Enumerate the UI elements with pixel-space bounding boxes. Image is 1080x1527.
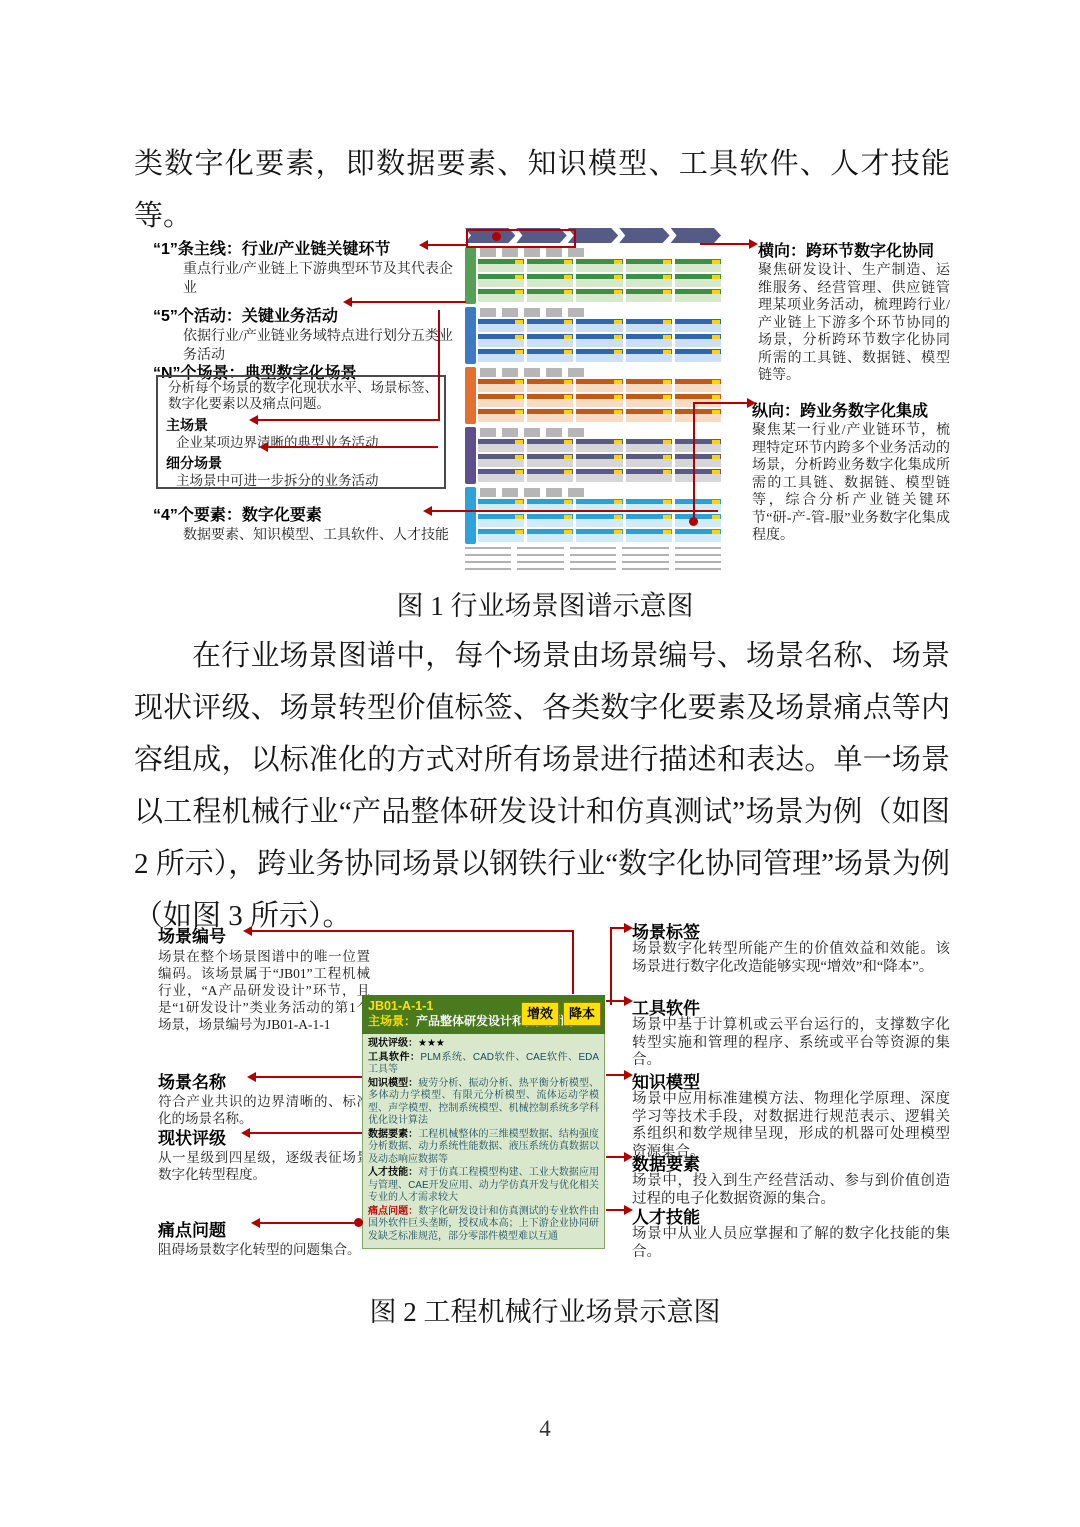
fig1-scene-mini-card <box>478 379 524 392</box>
fig1-scene-mini-card <box>478 394 524 407</box>
fig2-arrow-scene-name <box>247 1072 256 1082</box>
fig1-scene-mini-card <box>626 289 672 302</box>
fig1-scene-mini-card <box>527 469 573 482</box>
fig2-label-scene-id-title: 场景编号 <box>158 922 226 947</box>
fig2-caption: 图 2 工程机械行业场景示意图 <box>140 1290 950 1329</box>
fig1-group-header-text <box>480 248 590 257</box>
fig1-scene-mini-card <box>576 349 622 362</box>
fig1-scene-mini-card <box>675 409 721 422</box>
fig1-scene-mini-card <box>478 409 524 422</box>
fig1-scene-mini-card <box>527 439 573 452</box>
fig1-scene-mini-card <box>626 409 672 422</box>
fig1-scene-mini-card <box>478 469 524 482</box>
page-number: 4 <box>140 1416 950 1442</box>
fig1-label-vertical-desc: 聚焦某一行业/产业链环节，梳理特定环节内跨多个业务活动的场景，分析跨业务数字化集… <box>752 422 950 545</box>
fig2-label-pain-title: 痛点问题 <box>158 1216 226 1241</box>
fig1-group-5-cyan <box>465 487 721 544</box>
fig1-scene-mini-card <box>576 259 622 272</box>
fig2-label-data-title: 数据要素 <box>632 1150 700 1175</box>
fig2-connector-line <box>606 1156 626 1158</box>
top-paragraph: 类数字化要素，即数据要素、知识模型、工具软件、人才技能等。 <box>134 138 950 242</box>
fig1-arrow-vertical <box>747 398 756 408</box>
fig2-arrow-tags <box>624 923 633 933</box>
fig1-connector-line <box>428 244 468 246</box>
fig1-scene-mini-card <box>478 259 524 272</box>
fig1-sub-scene-title: 细分场景 <box>166 453 444 473</box>
fig2-scene-card: JB01-A-1-1 主场景：产品整体研发设计和仿真测试 增效 降本 现状评级：… <box>362 995 605 1249</box>
fig1-scene-mini-card <box>527 319 573 332</box>
fig1-connector-line <box>432 510 718 512</box>
fig1-connector-line <box>352 301 466 303</box>
fig1-footer-row <box>465 547 721 571</box>
fig1-connector-line <box>700 243 750 245</box>
fig2-label-skills-desc: 场景中从业人员应掌握和了解的数字化技能的集合。 <box>632 1226 950 1261</box>
fig2-arrow-rating <box>241 1128 250 1138</box>
fig1-arrow-sub-scene <box>259 442 268 452</box>
fig1-scene-mini-card <box>478 319 524 332</box>
fig1-activity-bar <box>465 427 476 484</box>
fig2-connector-line <box>606 1000 626 1002</box>
fig1-card-row <box>478 319 721 332</box>
fig1-card-row <box>478 469 721 482</box>
fig1-scene-mini-card <box>626 469 672 482</box>
fig1-scene-mini-card <box>527 514 573 527</box>
fig1-scene-mini-card <box>527 454 573 467</box>
fig1-scene-mini-card <box>626 379 672 392</box>
fig1-label-mainline-title: “1”条主线：行业/产业链关键环节 <box>153 236 390 259</box>
fig1-scene-box-desc: 分析每个场景的数字化现状水平、场景标签、数字化要素以及痛点问题。 <box>168 380 438 412</box>
fig2-label-rating-title: 现状评级 <box>158 1124 226 1149</box>
fig1-scene-mini-card <box>527 274 573 287</box>
fig1-scene-mini-card <box>527 394 573 407</box>
fig2-field-knowledge: 知识模型：疲劳分析、振动分析、热平衡分析模型、多体动力学模型、有限元分析模型、流… <box>368 1078 599 1128</box>
fig1-label-elements-desc: 数据要素、知识模型、工具软件、人才技能 <box>183 526 453 545</box>
fig1-scene-box: 分析每个场景的数字化现状水平、场景标签、数字化要素以及痛点问题。 主场景 企业某… <box>156 375 446 489</box>
fig2-arrow-tools <box>624 996 633 1006</box>
fig2-arrow-data <box>624 1152 633 1162</box>
fig1-scene-mini-card <box>626 454 672 467</box>
fig1-scene-mini-card <box>626 349 672 362</box>
fig2-field-skills: 人才技能：对于仿真工程模型构建、工业大数据应用与管理、CAE开发应用、动力学仿真… <box>368 1167 599 1205</box>
fig1-footer-text-block <box>570 547 616 571</box>
fig1-group-header-text <box>480 488 590 497</box>
fig1-footer-text-block <box>675 547 721 571</box>
fig1-label-elements-title: “4”个要素：数字化要素 <box>153 502 322 525</box>
fig1-label-mainline-desc: 重点行业/产业链上下游典型环节及其代表企业 <box>183 260 453 298</box>
fig1-scene-mini-card <box>626 259 672 272</box>
fig1-scene-mini-card <box>626 514 672 527</box>
fig1-group-content <box>478 307 721 364</box>
fig2-label-knowledge-title: 知识模型 <box>632 1068 700 1093</box>
fig1-card-row <box>478 529 721 542</box>
fig1-scene-mini-card <box>478 529 524 542</box>
fig1-chevron-segment <box>671 228 721 243</box>
fig1-footer-text-block <box>517 547 563 571</box>
fig1-scene-mini-card <box>576 514 622 527</box>
fig1-arrow-horizontal <box>749 239 758 249</box>
fig1-scene-mini-card <box>626 319 672 332</box>
fig2-arrow-knowledge <box>624 1070 633 1080</box>
fig2-label-skills-title: 人才技能 <box>632 1203 700 1228</box>
fig2-label-tools-desc: 场景中基于计算机或云平台运行的，支撑数字化转型实施和管理的程序、系统或平台等资源… <box>632 1017 950 1070</box>
fig1-label-activities-title: “5”个活动：关键业务活动 <box>153 303 338 326</box>
fig1-scene-mini-card <box>675 349 721 362</box>
fig1-activity-bar <box>465 247 476 304</box>
fig2-label-tags-desc: 场景数字化转型所能产生的价值效益和效能。该场景进行数字化改造能够实现“增效”和“… <box>632 941 950 976</box>
fig2-connector-line <box>252 930 574 932</box>
fig1-arrow-elements <box>423 506 432 516</box>
fig1-card-row <box>478 514 721 527</box>
fig1-activity-bar <box>465 307 476 364</box>
fig2-label-scene-name-desc: 符合产业共识的边界清晰的、标准化的场景名称。 <box>158 1093 370 1127</box>
fig1-activity-bar <box>465 367 476 424</box>
fig1-scene-mini-card <box>478 274 524 287</box>
fig1-card-row <box>478 379 721 392</box>
fig2-label-tools-title: 工具软件 <box>632 994 700 1019</box>
fig2-card-header: JB01-A-1-1 主场景：产品整体研发设计和仿真测试 增效 降本 <box>362 995 605 1034</box>
fig2-field-tools: 工具软件：PLM系统、CAD软件、CAE软件、EDA工具等 <box>368 1052 599 1077</box>
fig1-chevron-segment <box>619 228 669 243</box>
fig1-scene-mini-card <box>478 454 524 467</box>
fig1-red-dot-top <box>492 232 501 241</box>
fig1-arrow-main-scene <box>249 415 258 425</box>
fig1-sub-scene-desc: 主场景中可进一步拆分的业务活动 <box>176 473 438 489</box>
fig2-connector-line <box>610 927 612 1005</box>
fig1-scene-mini-card <box>675 379 721 392</box>
fig1-main-scene-desc: 企业某项边界清晰的典型业务活动 <box>176 435 438 451</box>
fig1-card-row <box>478 274 721 287</box>
fig1-red-dot-bottom <box>689 517 698 526</box>
fig1-scene-mini-card <box>527 334 573 347</box>
fig1-group-2-blue <box>465 307 721 364</box>
fig1-scene-mini-card <box>576 529 622 542</box>
fig1-scene-mini-card <box>527 289 573 302</box>
fig2-connector-line <box>250 1132 362 1134</box>
fig1-scene-mini-card <box>626 394 672 407</box>
fig1-scene-mini-card <box>527 379 573 392</box>
fig1-label-horizontal-title: 横向：跨环节数字化协同 <box>758 238 934 261</box>
fig1-connector-line <box>268 446 438 448</box>
fig2-label-scene-id-desc: 场景在整个场景图谱中的唯一位置编码。该场景属于“JB01”工程机械行业，“A产品… <box>158 948 370 1033</box>
fig1-connector-line <box>258 419 440 421</box>
fig1-scene-mini-card <box>675 394 721 407</box>
fig1-scene-mini-card <box>478 439 524 452</box>
fig1-group-1-green <box>465 247 721 304</box>
fig2-label-scene-name-title: 场景名称 <box>158 1068 226 1093</box>
fig1-scene-mini-card <box>478 334 524 347</box>
fig1-scene-mini-card <box>675 319 721 332</box>
fig1-scene-mini-card <box>527 259 573 272</box>
fig1-group-content <box>478 427 721 484</box>
fig1-activity-bar <box>465 487 476 544</box>
fig1-scene-mini-card <box>675 439 721 452</box>
fig1-card-row <box>478 394 721 407</box>
fig1-arrow-mainline <box>419 240 428 250</box>
fig1-scene-mini-card <box>478 514 524 527</box>
fig2-arrow-skills <box>624 1205 633 1215</box>
fig2-red-dot-pain <box>354 1218 363 1227</box>
fig1-connector-line <box>693 402 695 522</box>
fig1-scene-mini-card <box>626 529 672 542</box>
fig1-scene-mini-card <box>576 289 622 302</box>
fig1-connector-line <box>438 310 440 421</box>
fig1-main-scene-title: 主场景 <box>166 415 444 435</box>
fig2-badge-efficiency: 增效 <box>521 1002 559 1026</box>
fig1-scene-mini-card <box>626 274 672 287</box>
fig1-arrow-activities <box>343 297 352 307</box>
fig1-scene-mini-card <box>675 259 721 272</box>
fig1-scene-mini-card <box>576 469 622 482</box>
fig1-scene-mini-card <box>576 439 622 452</box>
fig2-badge-cost: 降本 <box>563 1002 601 1026</box>
fig2-card-body: 现状评级：★★★ 工具软件：PLM系统、CAD软件、CAE软件、EDA工具等 知… <box>362 1034 605 1249</box>
fig1-footer-text-block <box>465 547 511 571</box>
fig1-card-row <box>478 409 721 422</box>
fig1-card-row <box>478 439 721 452</box>
fig2-field-rating: 现状评级：★★★ <box>368 1038 599 1051</box>
fig1-footer-text-block <box>622 547 668 571</box>
fig1-scene-mini-card <box>527 349 573 362</box>
fig1-card-row <box>478 454 721 467</box>
fig1-scene-mini-card <box>576 409 622 422</box>
fig1-scene-mini-card <box>675 289 721 302</box>
fig2-connector-line <box>606 1209 626 1211</box>
fig1-caption: 图 1 行业场景图谱示意图 <box>140 584 950 623</box>
fig2-connector-line <box>572 930 574 994</box>
fig1-scene-mini-card <box>675 334 721 347</box>
fig1-scene-mini-card <box>675 529 721 542</box>
fig2-card-scene-label: 主场景： <box>368 1014 416 1028</box>
middle-paragraph: 在行业场景图谱中，每个场景由场景编号、场景名称、场景现状评级、场景转型价值标签、… <box>134 630 950 942</box>
fig1-scene-mini-card <box>478 349 524 362</box>
fig2-label-tags-title: 场景标签 <box>632 918 700 943</box>
fig1-card-row <box>478 289 721 302</box>
fig2-label-rating-desc: 从一星级到四星级，逐级表征场景数字化转型程度。 <box>158 1149 370 1183</box>
fig1-group-3-orange <box>465 367 721 424</box>
fig1-scene-mini-card <box>478 289 524 302</box>
document-page: 类数字化要素，即数据要素、知识模型、工具软件、人才技能等。 “1”条主线：行业/… <box>0 0 1080 1527</box>
fig1-scene-mini-card <box>527 409 573 422</box>
fig1-group-header-text <box>480 428 590 437</box>
fig1-card-row <box>478 259 721 272</box>
fig1-scene-mini-card <box>576 274 622 287</box>
fig1-scene-mini-card <box>626 334 672 347</box>
fig1-connector-line <box>694 402 748 404</box>
fig2-arrow-scene-id <box>243 926 252 936</box>
fig1-scene-mini-card <box>675 469 721 482</box>
fig1-group-4-purple <box>465 427 721 484</box>
fig1-scene-mini-card <box>576 334 622 347</box>
fig1-scene-mini-card <box>576 379 622 392</box>
fig1-label-horizontal-desc: 聚焦研发设计、生产制造、运维服务、经营管理、供应链管理某项业务活动，梳理跨行业/… <box>758 262 950 385</box>
fig1-scene-mini-card <box>576 454 622 467</box>
fig1-group-header-text <box>480 368 590 377</box>
fig2-label-pain-desc: 阻碍场景数字化转型的问题集合。 <box>158 1241 370 1258</box>
fig1-group-content <box>478 487 721 544</box>
fig2-connector-line <box>606 1074 626 1076</box>
fig2-connector-line <box>256 1076 362 1078</box>
fig1-scene-mini-card <box>626 439 672 452</box>
fig1-scene-map-chart <box>465 228 721 571</box>
fig1-scene-mini-card <box>576 319 622 332</box>
fig1-group-grid <box>465 247 721 544</box>
fig1-scene-mini-card <box>527 529 573 542</box>
fig1-red-highlight-box <box>466 229 576 248</box>
fig1-card-row <box>478 334 721 347</box>
fig2-arrow-pain <box>251 1218 260 1228</box>
fig1-scene-mini-card <box>576 394 622 407</box>
fig1-label-vertical-title: 纵向：跨业务数字化集成 <box>752 398 928 421</box>
fig1-group-content <box>478 247 721 304</box>
fig2-card-badges: 增效 降本 <box>521 1002 601 1026</box>
fig1-group-content <box>478 367 721 424</box>
fig2-field-pain: 痛点问题：数字化研发设计和仿真测试的专业软件由国外软件巨头垄断，授权成本高；上下… <box>368 1206 599 1244</box>
fig1-card-row <box>478 349 721 362</box>
fig1-scene-mini-card <box>675 274 721 287</box>
fig2-field-data: 数据要素：工程机械整体的三维模型数据、结构强度分析数据、动力系统性能数据、液压系… <box>368 1129 599 1167</box>
fig1-scene-mini-card <box>675 454 721 467</box>
fig1-group-header-text <box>480 308 590 317</box>
fig2-connector-line <box>260 1222 356 1224</box>
